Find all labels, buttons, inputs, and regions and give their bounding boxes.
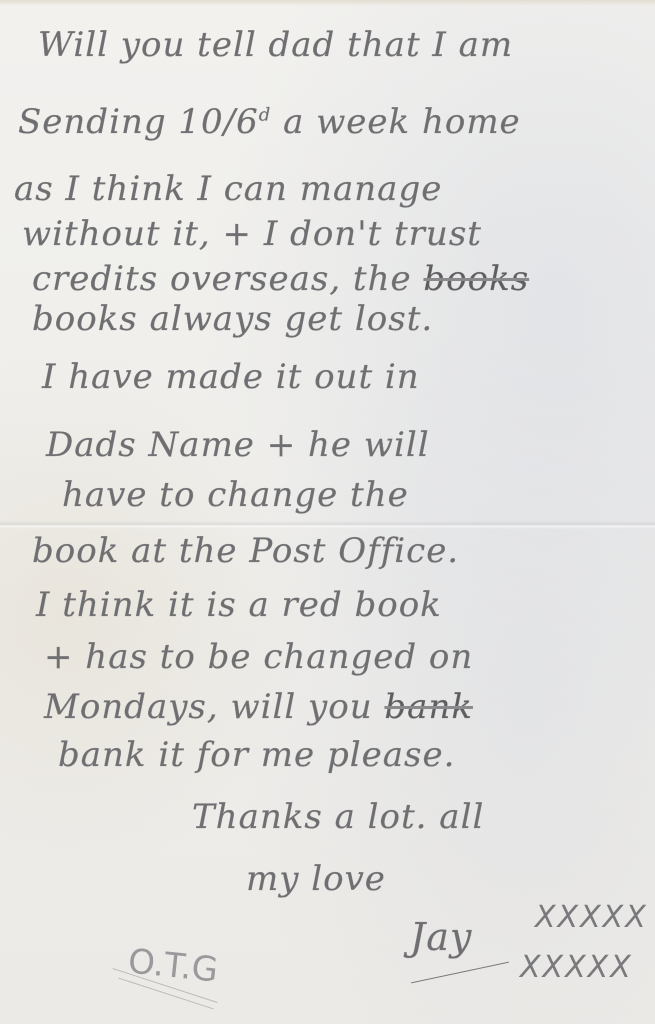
letter-line-13-text: Mondays, will you bbox=[44, 687, 384, 727]
letter-page: Will you tell dad that I am Sending 10/6… bbox=[0, 0, 655, 1024]
signature: Jay bbox=[410, 918, 472, 956]
pence-superscript: d bbox=[259, 105, 272, 126]
letter-line-14: bank it for me please. bbox=[58, 738, 455, 772]
closing-love: my love bbox=[246, 862, 386, 896]
closing-thanks: Thanks a lot. all bbox=[192, 800, 484, 834]
paper-top-edge bbox=[0, 0, 655, 6]
kisses-row-2: XXXXX bbox=[520, 950, 633, 985]
letter-line-8: Dads Name + he will bbox=[46, 428, 430, 462]
letter-line-3: as I think I can manage bbox=[14, 172, 442, 206]
letter-line-6: books always get lost. bbox=[32, 302, 433, 336]
kisses-row-1: XXXXX bbox=[535, 900, 648, 935]
letter-line-2: Sending 10/6d a week home bbox=[18, 105, 521, 139]
letter-line-5: credits overseas, the books bbox=[32, 262, 529, 296]
paper-fold-crease bbox=[0, 521, 655, 529]
corner-mark: O.T.G bbox=[126, 941, 220, 990]
struck-word: bank bbox=[384, 687, 473, 727]
letter-line-2-rest: a week home bbox=[271, 102, 520, 142]
letter-line-7: I have made it out in bbox=[42, 360, 420, 394]
letter-line-4: without it, + I don't trust bbox=[22, 217, 482, 251]
letter-line-2-text: Sending 10/6 bbox=[18, 102, 259, 142]
struck-word: books bbox=[423, 259, 529, 299]
letter-line-5-text: credits overseas, the bbox=[32, 259, 423, 299]
letter-line-13: Mondays, will you bank bbox=[44, 690, 473, 724]
letter-line-10: book at the Post Office. bbox=[32, 534, 459, 568]
letter-line-1: Will you tell dad that I am bbox=[38, 28, 513, 62]
signature-underline bbox=[411, 962, 509, 984]
letter-line-9: have to change the bbox=[62, 478, 409, 512]
letter-line-12: + has to be changed on bbox=[44, 640, 473, 674]
letter-line-11: I think it is a red book bbox=[36, 588, 442, 622]
